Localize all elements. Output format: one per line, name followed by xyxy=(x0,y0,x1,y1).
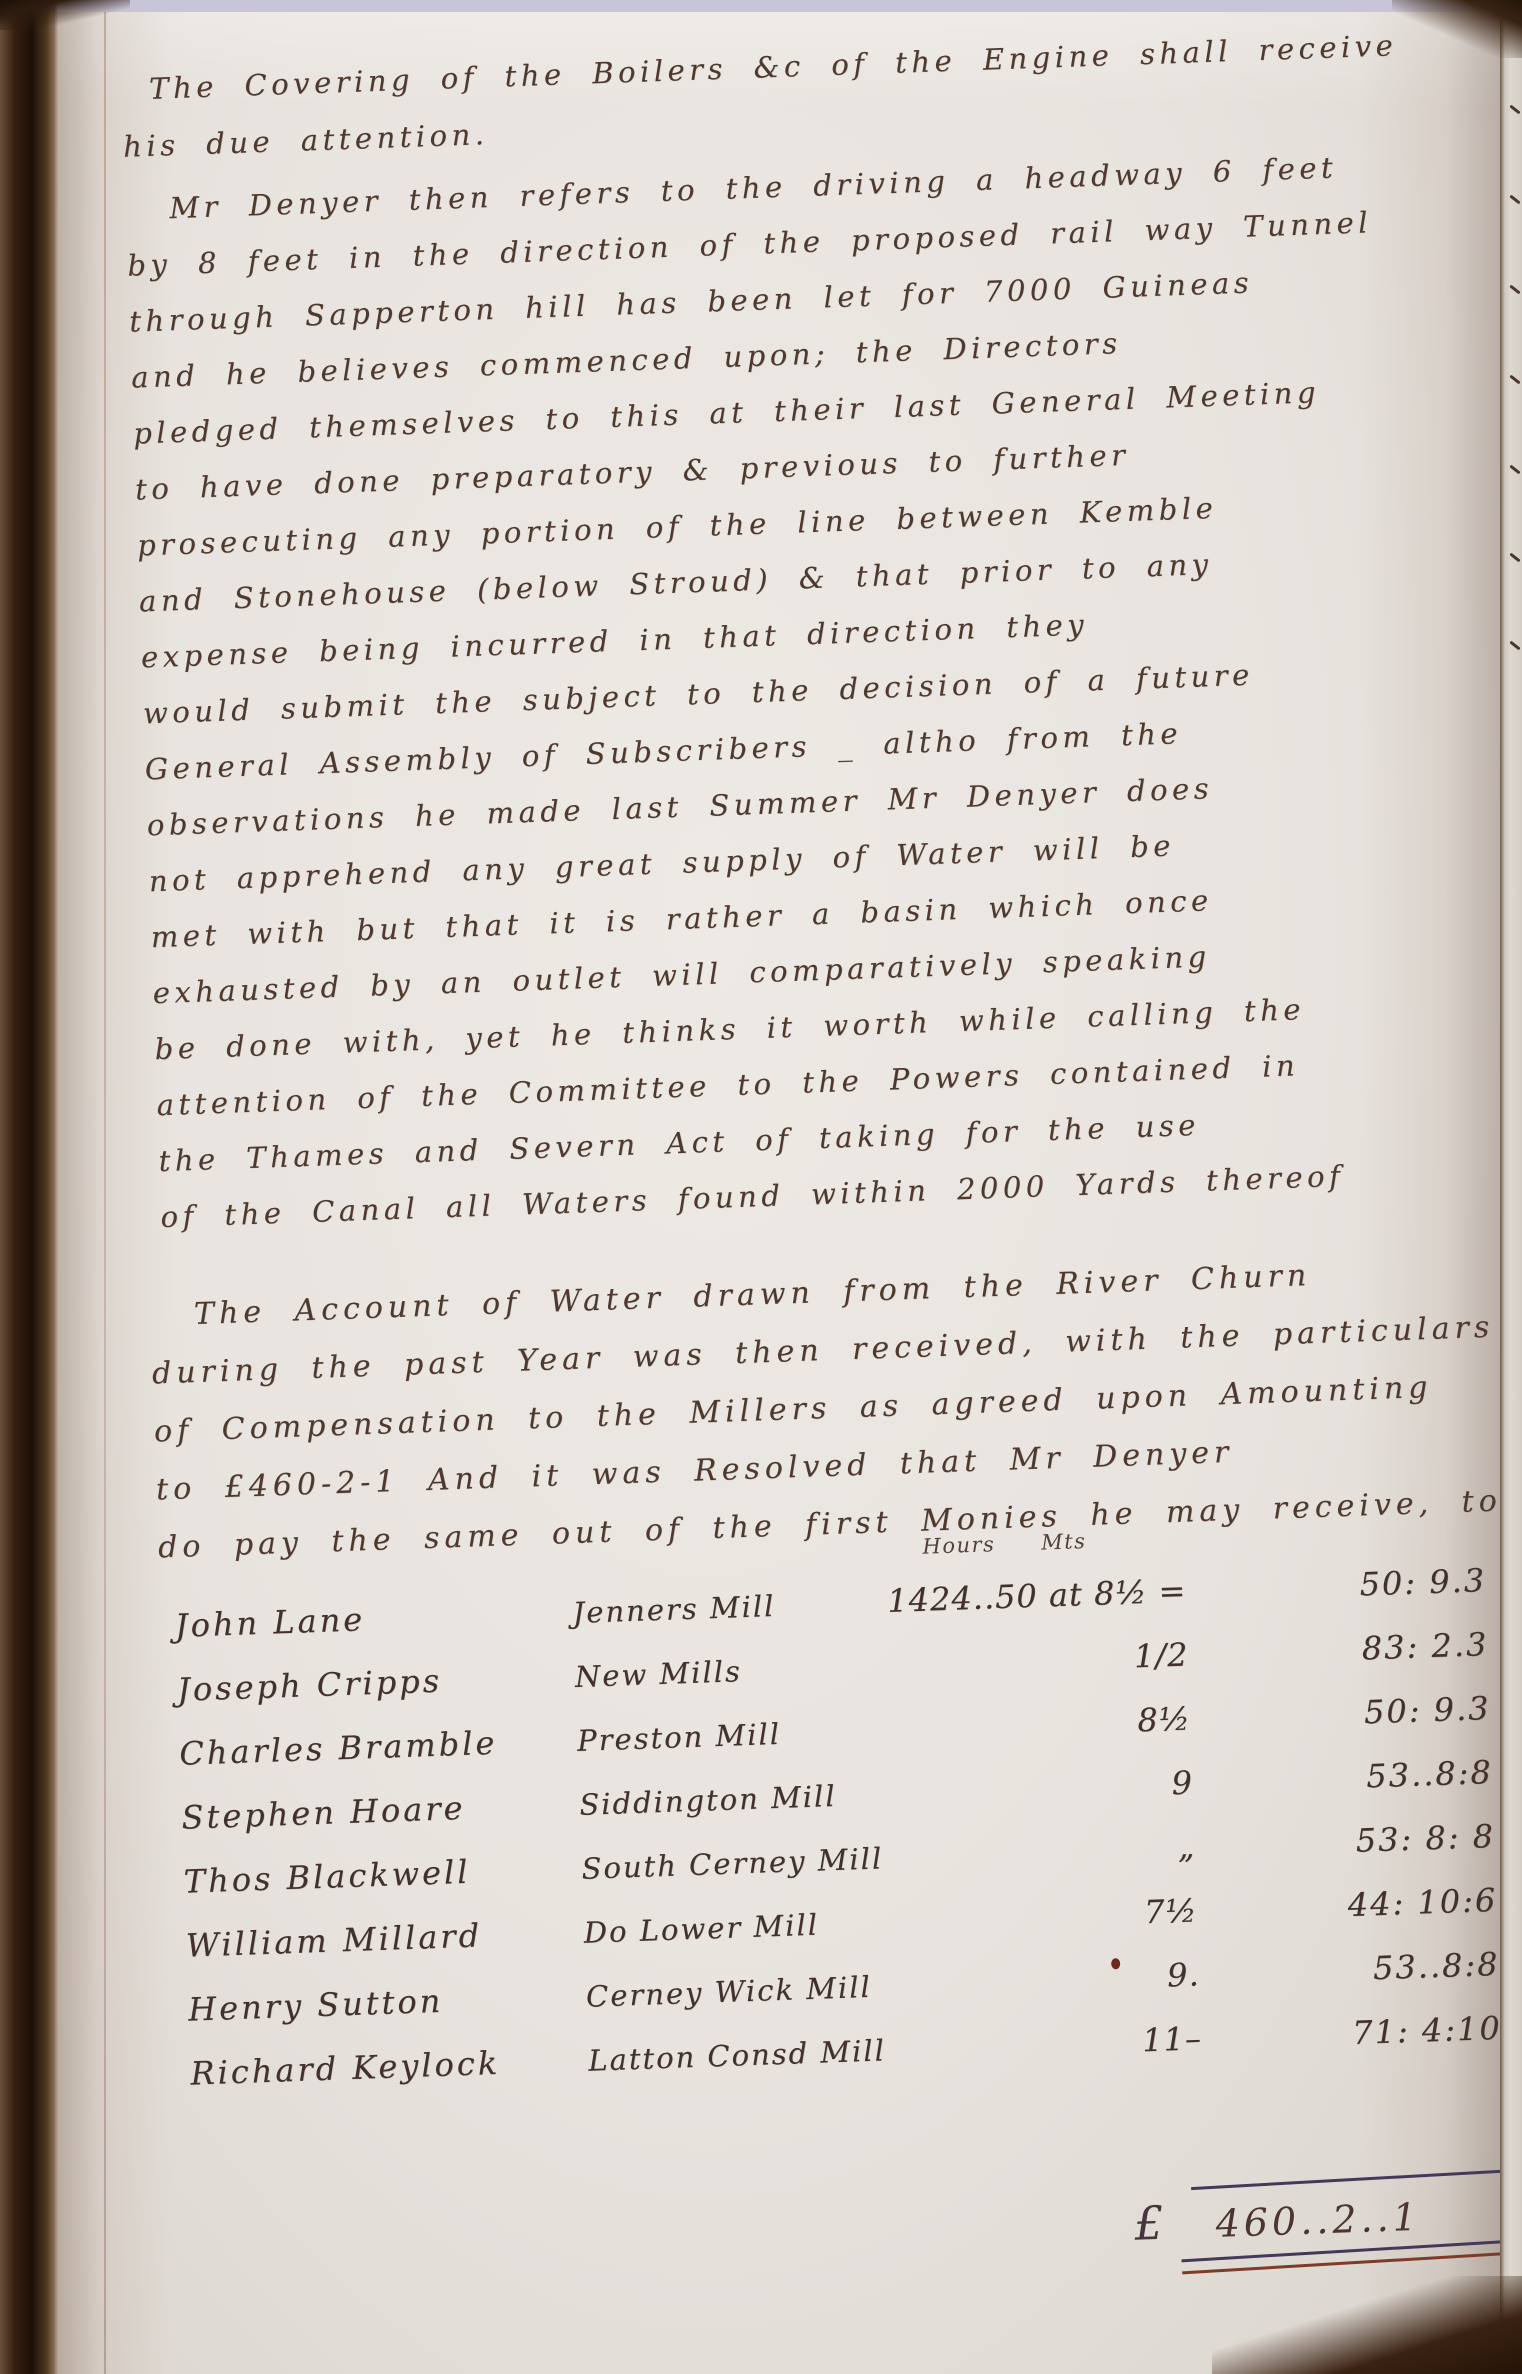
hours-value: 1424..50 at 8½ = xyxy=(786,1572,1187,1624)
hours-value: 7½ xyxy=(1019,1891,1198,1935)
amount-value: 50: 9.3 xyxy=(1186,1561,1487,1609)
binding-corner-bottom-right xyxy=(1212,2276,1522,2374)
hours-value: 1/2 xyxy=(1010,1636,1189,1680)
page-content: The Covering of the Boilers &c of the En… xyxy=(0,0,1522,2373)
account-paragraph: The Account of Water drawn from the Rive… xyxy=(149,1241,1503,1578)
hours-value: 11– xyxy=(1023,2019,1202,2063)
hours-value: 9 xyxy=(1014,1763,1193,1807)
facing-page-ink-mark xyxy=(1509,553,1520,563)
ledger-total: £460..2..1 xyxy=(1105,2172,1522,2273)
total-amount: 460..2..1 xyxy=(1215,2195,1422,2246)
hours-value: „ xyxy=(1017,1827,1196,1871)
pound-sign: £ xyxy=(1133,2196,1164,2251)
total-line: £460..2..1 xyxy=(1105,2183,1522,2252)
facing-page-ink-mark xyxy=(1509,641,1520,651)
facing-page-ink-mark xyxy=(1509,375,1520,385)
facing-page-edge xyxy=(1500,0,1522,2374)
hours-value: 8½ xyxy=(1012,1700,1191,1744)
binding-corner-top-left xyxy=(0,0,130,30)
facing-page-ink-mark xyxy=(1509,465,1520,475)
facing-page-ink-mark xyxy=(1509,105,1520,115)
binding-corner-top-right xyxy=(1392,0,1522,58)
facing-page-ink-mark xyxy=(1509,195,1520,205)
facing-page-ink-mark xyxy=(1509,285,1520,295)
minute-paragraph: Mr Denyer then refers to the driving a h… xyxy=(124,138,1406,1245)
manuscript-photo: The Covering of the Boilers &c of the En… xyxy=(0,0,1522,2374)
book-binding-left xyxy=(0,0,58,2374)
compensation-ledger: John LaneJenners Mill1424..50 at 8½ =50:… xyxy=(174,1561,1503,2118)
minutes-column-header: Mts xyxy=(1041,1529,1087,1555)
ledger-column-headers: HoursMts xyxy=(922,1529,1087,1559)
miller-name: John Lane xyxy=(174,1593,573,1645)
hours-column-header: Hours xyxy=(922,1532,996,1559)
